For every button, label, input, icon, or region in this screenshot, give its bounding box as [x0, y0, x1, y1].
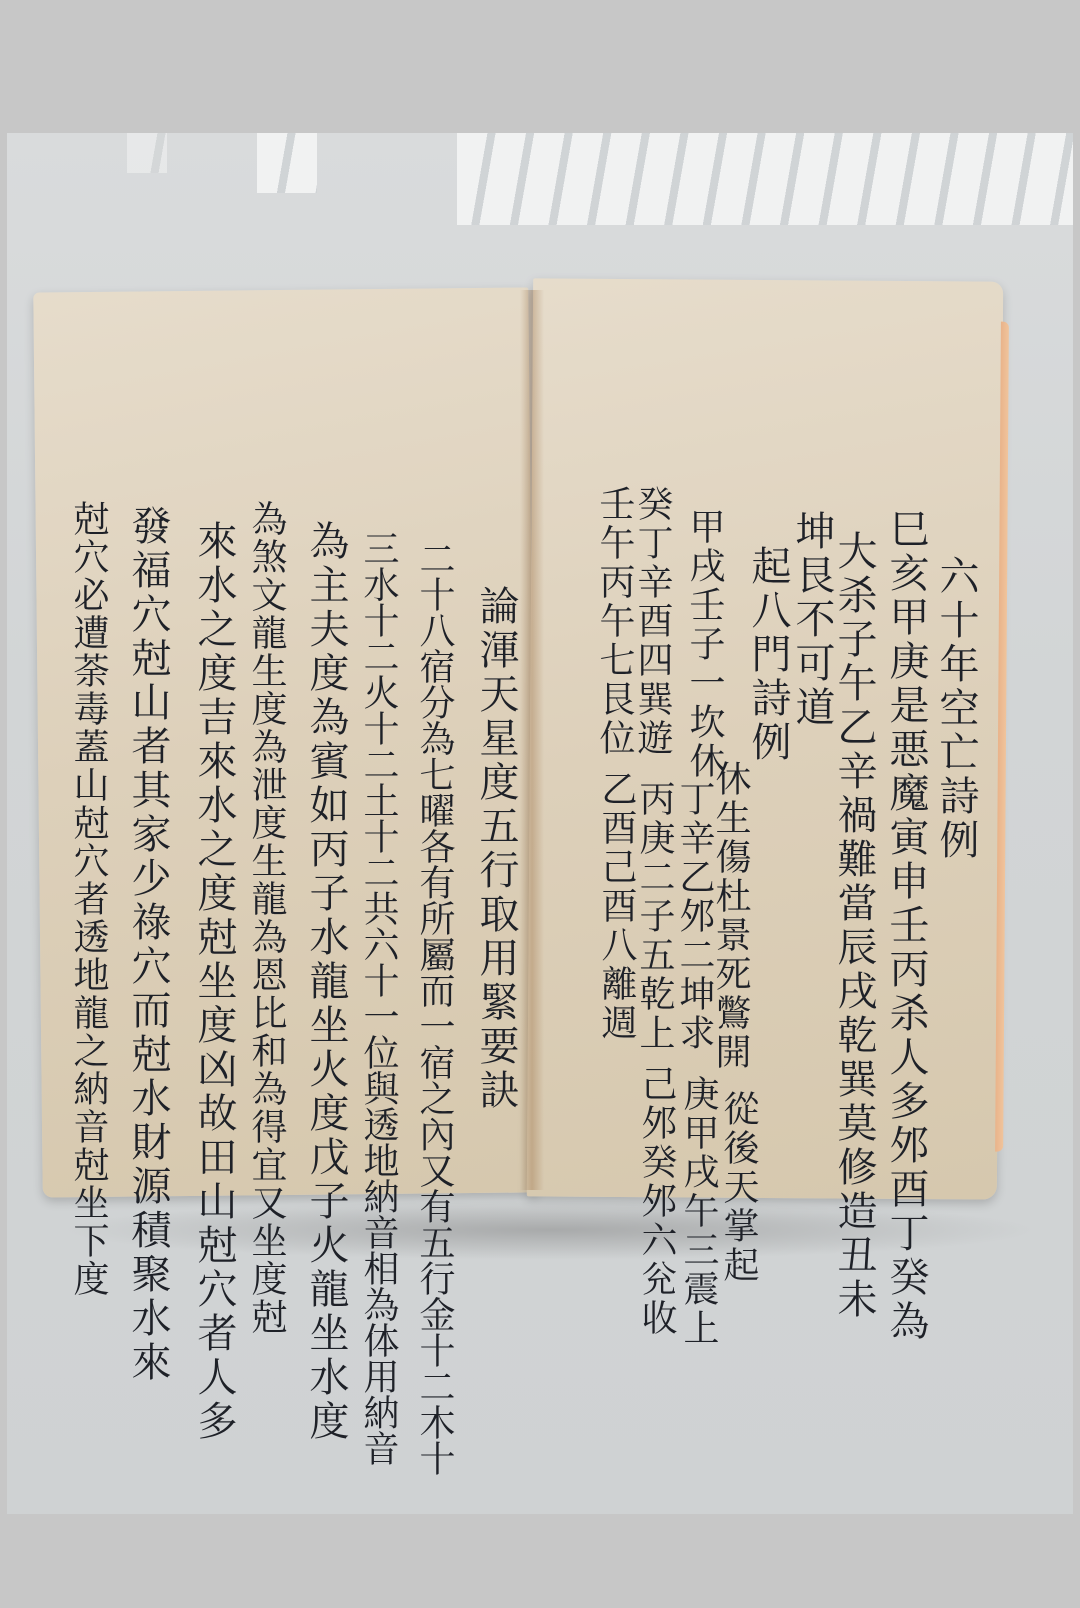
text-column: 甲戌壬子一坎休 — [686, 508, 722, 781]
text-column: 尅穴必遭荼毒蓋山尅穴者透地龍之納音尅坐下度 — [70, 500, 106, 1298]
window-reflection-tiny — [127, 133, 167, 173]
text-column: 癸丁辛酉四巽遊 — [634, 485, 670, 758]
text-column: 休生傷杜景死鷩開 — [712, 760, 748, 1072]
text-column: 壬午丙午七艮位 — [596, 485, 632, 758]
text-column: 三水十二火十二土十二共六十一位與透地納音相為体用納音 — [360, 530, 396, 1466]
section-heading: 起八門詩例 — [748, 545, 788, 765]
left-page-title: 論渾天星度五行取用緊要訣 — [476, 585, 516, 1113]
text-column: 乙酉己酉八離週 — [598, 770, 634, 1043]
book-spine-gutter — [520, 290, 544, 1190]
text-column: 發福穴尅山者其家少祿穴而尅水財源積聚水來 — [128, 505, 168, 1385]
window-reflection-small — [257, 133, 317, 193]
text-column: 為主夫度為賓如丙子水龍坐火度戊子火龍坐水度 — [306, 520, 346, 1444]
text-column: 大杀子午乙辛禍難當辰戌乾巽莫修造丑未 — [834, 530, 874, 1322]
text-column: 坤艮不可道 — [792, 510, 832, 730]
text-column: 來水之度吉來水之度尅坐度凶故田山尅穴者人多 — [194, 520, 234, 1444]
text-column: 己邜癸邜六兊收 — [638, 1065, 674, 1338]
text-column: 巳亥甲庚是悪魔寅申壬丙杀人多邜酉丁癸為 — [886, 508, 926, 1344]
text-column: 丙庚二子五乾上 — [636, 780, 672, 1053]
text-column: 從後天掌起 — [720, 1090, 756, 1285]
text-column: 為煞文龍生度為泄度生龍為恩比和為得宜又坐度尅 — [248, 500, 284, 1336]
text-column: 庚甲戌午三震上 — [680, 1075, 716, 1348]
text-column: 二十八宿分為七曜各有所屬而一宿之內又有五行金十二木十 — [416, 540, 452, 1476]
window-reflection — [457, 133, 1073, 225]
text-column: 丁辛乙邜二坤求 — [676, 780, 712, 1053]
right-page-title: 六十年空亡詩例 — [936, 555, 976, 863]
